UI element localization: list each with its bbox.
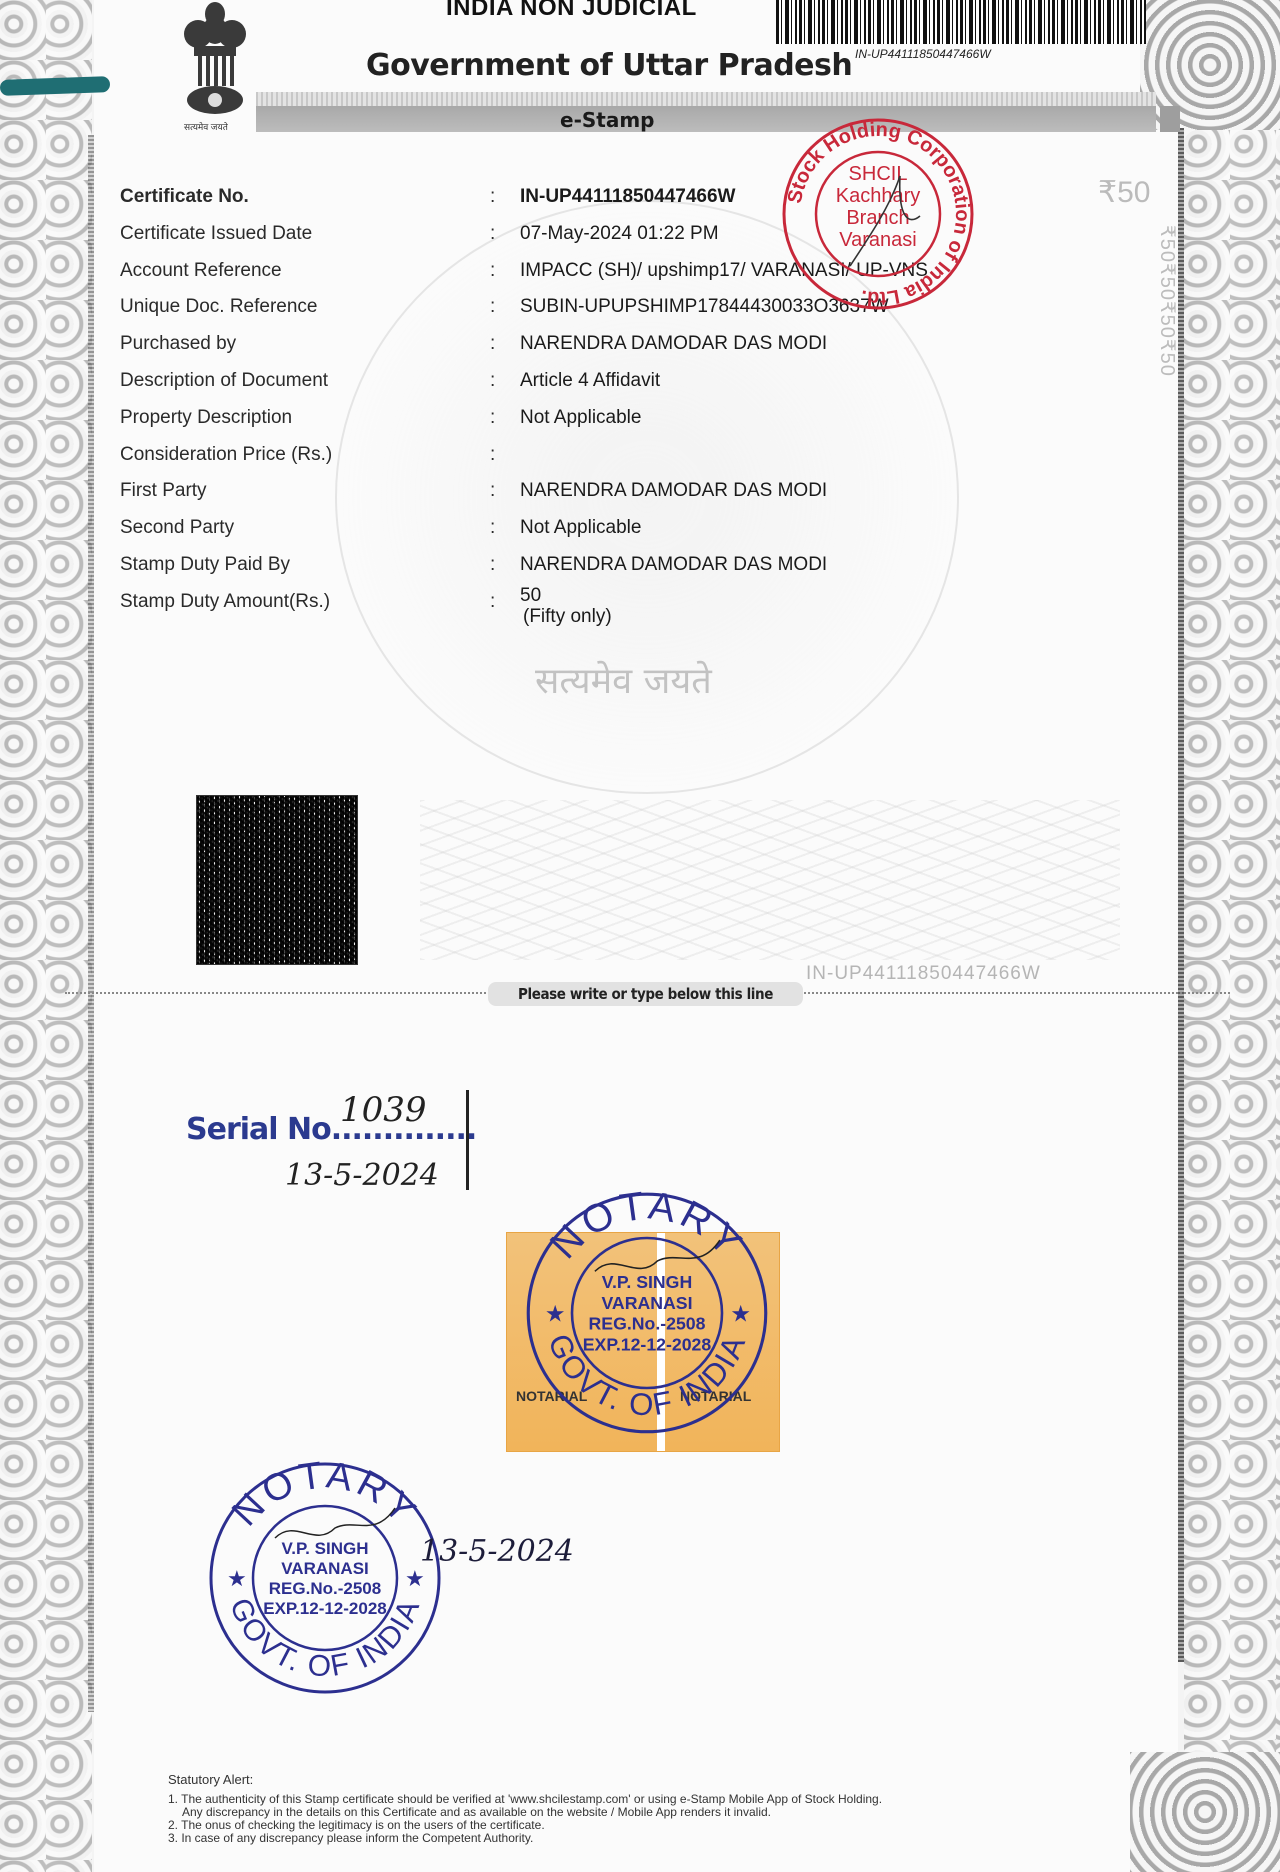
statutory-alert-item: 3. In case of any discrepancy please inf… [168, 1832, 882, 1845]
shcil-seal: Stock Holding Corporation of India Ltd. … [780, 116, 976, 312]
field-colon: : [490, 260, 495, 282]
field-label: Purchased by [120, 333, 236, 355]
denomination-microtext: ₹50₹50₹50₹50 [1155, 225, 1179, 377]
microtext-strip-left [88, 135, 94, 1712]
e-stamp-label: e-Stamp [560, 108, 654, 132]
svg-text:V.P. SINGH: V.P. SINGH [282, 1539, 369, 1558]
field-label: First Party [120, 480, 207, 502]
field-label: Certificate Issued Date [120, 223, 312, 245]
svg-text:REG.No.-2508: REG.No.-2508 [589, 1314, 706, 1334]
national-emblem-icon [180, 0, 250, 120]
field-colon: : [490, 444, 495, 466]
svg-text:★: ★ [405, 1566, 425, 1591]
field-value: NARENDRA DAMODAR DAS MODI [520, 480, 827, 502]
barcode-text: IN-UP44111850447466W [855, 47, 991, 61]
header-band-microtext [256, 92, 1156, 106]
svg-text:NOTARY: NOTARY [224, 1458, 426, 1534]
svg-text:★: ★ [545, 1300, 566, 1326]
decorative-border-right [1184, 0, 1280, 1872]
header-band-end [1160, 106, 1180, 132]
serial-number-handwritten: 1039 [340, 1090, 427, 1130]
serial-date-handwritten: 13-5-2024 [285, 1158, 439, 1193]
svg-text:EXP.12-12-2028: EXP.12-12-2028 [263, 1599, 387, 1618]
serial-number-label: Serial No.............. [186, 1112, 476, 1147]
statutory-alert-item: 1. The authenticity of this Stamp certif… [168, 1793, 882, 1819]
statutory-alert: Statutory Alert: 1. The authenticity of … [168, 1772, 882, 1845]
field-value: Not Applicable [520, 517, 641, 539]
svg-text:VARANASI: VARANASI [281, 1559, 369, 1578]
field-value: Not Applicable [520, 407, 641, 429]
field-value: 07-May-2024 01:22 PM [520, 223, 719, 245]
decorative-border-left [0, 0, 92, 1872]
field-colon: : [490, 407, 495, 429]
field-value-words: (Fifty only) [523, 606, 612, 628]
field-label: Stamp Duty Amount(Rs.) [120, 591, 330, 613]
field-colon: : [490, 223, 495, 245]
field-label: Unique Doc. Reference [120, 296, 318, 318]
statutory-alert-title: Statutory Alert: [168, 1772, 882, 1787]
field-value: Article 4 Affidavit [520, 370, 660, 392]
field-label: Consideration Price (Rs.) [120, 444, 332, 466]
field-colon: : [490, 591, 495, 613]
svg-text:Branch: Branch [846, 207, 909, 229]
notary-seal-on-ticket: NOTARY GOVT. OF INDIA ★ ★ V.P. SINGHVARA… [522, 1188, 772, 1438]
field-label: Description of Document [120, 370, 328, 392]
header-subtitle: Government of Uttar Pradesh [366, 48, 852, 83]
field-value: NARENDRA DAMODAR DAS MODI [520, 554, 827, 576]
svg-text:★: ★ [227, 1566, 247, 1591]
svg-text:V.P. SINGH: V.P. SINGH [602, 1272, 692, 1292]
divider-label: Please write or type below this line [488, 982, 803, 1006]
svg-text:Varanasi: Varanasi [839, 229, 916, 251]
svg-text:Kachhary: Kachhary [836, 185, 921, 207]
notary-signature-date: 13-5-2024 [420, 1534, 574, 1569]
watermark-motto: सत्यमेव जयते [535, 655, 712, 704]
field-colon: : [490, 296, 495, 318]
svg-text:VARANASI: VARANASI [601, 1293, 692, 1313]
serial-bracket [466, 1090, 469, 1190]
field-colon: : [490, 333, 495, 355]
svg-text:REG.No.-2508: REG.No.-2508 [269, 1579, 381, 1598]
field-colon: : [490, 480, 495, 502]
field-value: IN-UP44111850447466W [520, 186, 736, 208]
header-band [256, 106, 1156, 132]
field-label: Stamp Duty Paid By [120, 554, 290, 576]
decorative-corner-bottom-right [1130, 1752, 1280, 1872]
field-label: Property Description [120, 407, 292, 429]
field-label: Certificate No. [120, 186, 249, 208]
qr-code [196, 795, 358, 965]
barcode [776, 0, 1146, 44]
svg-text:★: ★ [730, 1300, 751, 1326]
svg-text:NOTARY: NOTARY [542, 1188, 753, 1267]
field-colon: : [490, 370, 495, 392]
emblem-caption: सत्यमेव जयते [184, 120, 228, 133]
field-colon: : [490, 554, 495, 576]
field-value: NARENDRA DAMODAR DAS MODI [520, 333, 827, 355]
field-label: Second Party [120, 517, 234, 539]
security-pattern [420, 800, 1120, 960]
field-value: 50(Fifty only) [520, 585, 612, 628]
notary-seal: NOTARY GOVT. OF INDIA ★ ★ V.P. SINGHVARA… [205, 1458, 445, 1698]
field-colon: : [490, 517, 495, 539]
header-title: INDIA NON JUDICIAL [446, 0, 697, 22]
field-label: Account Reference [120, 260, 282, 282]
svg-text:EXP.12-12-2028: EXP.12-12-2028 [583, 1335, 712, 1355]
certificate-number-repeat: IN-UP44111850447466W [806, 963, 1041, 985]
denomination-value: ₹50 [1098, 175, 1150, 210]
field-colon: : [490, 186, 495, 208]
